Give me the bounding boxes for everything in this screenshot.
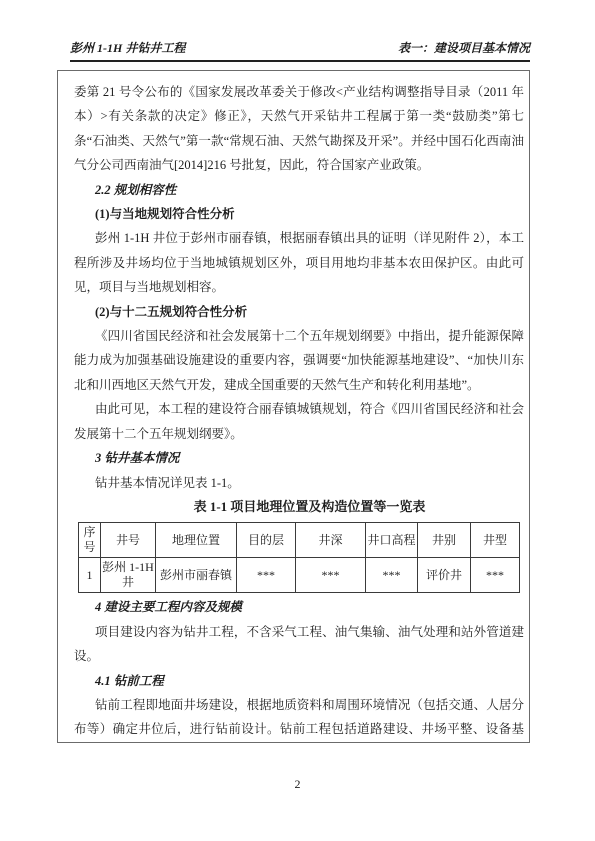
paragraph-plan-conclusion: 由此可见，本工程的建设符合丽春镇城镇规划，符合《四川省国民经济和社会发展第十二个… [74, 397, 524, 446]
table-header-row: 序号 井号 地理位置 目的层 井深 井口高程 井别 井型 [79, 523, 520, 558]
paragraph-predrill: 钻前工程即地面井场建设，根据地质资料和周围环境情况（包括交通、人居分布等）确定井… [74, 693, 524, 743]
header-cell-well-class: 井别 [418, 523, 471, 558]
heading-main-works: 4 建设主要工程内容及规模 [74, 595, 524, 619]
cell-well-type: *** [471, 558, 520, 593]
table-title: 表 1-1 项目地理位置及构造位置等一览表 [74, 495, 524, 519]
form-section-title: 表一：建设项目基本情况 [398, 39, 530, 56]
page-header: 彭州 1-1H 井钻井工程 表一：建设项目基本情况 [70, 39, 530, 62]
heading-five-year-plan-analysis: (2)与十二五规划符合性分析 [74, 300, 524, 324]
heading-predrill-works: 4.1 钻前工程 [74, 669, 524, 693]
cell-wellhead-elevation: *** [366, 558, 418, 593]
paragraph-drilling-ref: 钻井基本情况详见表 1-1。 [74, 471, 524, 495]
cell-location: 彭州市丽春镇 [156, 558, 237, 593]
header-cell-well-type: 井型 [471, 523, 520, 558]
paragraph-local-plan: 彭州 1-1H 井位于彭州市丽春镇，根据丽春镇出具的证明（详见附件 2），本工程… [74, 226, 524, 299]
cell-target-layer: *** [237, 558, 296, 593]
paragraph-policy-tail: 委第 21 号令公布的《国家发展改革委关于修改<产业结构调整指导目录（2011 … [74, 80, 524, 178]
cell-index: 1 [79, 558, 101, 593]
header-cell-location: 地理位置 [156, 523, 237, 558]
heading-local-plan-analysis: (1)与当地规划符合性分析 [74, 202, 524, 226]
heading-planning-compatibility: 2.2 规划相容性 [74, 178, 524, 202]
well-info-table: 序号 井号 地理位置 目的层 井深 井口高程 井别 井型 1 彭州 1-1H 井… [78, 522, 520, 593]
heading-drilling-basics: 3 钻井基本情况 [74, 446, 524, 470]
header-cell-wellhead-elevation: 井口高程 [366, 523, 418, 558]
page-number: 2 [0, 777, 595, 792]
header-cell-well-depth: 井深 [296, 523, 366, 558]
content-box: 委第 21 号令公布的《国家发展改革委关于修改<产业结构调整指导目录（2011 … [57, 70, 530, 743]
paragraph-five-year-plan: 《四川省国民经济和社会发展第十二个五年规划纲要》中指出，提升能源保障能力成为加强… [74, 324, 524, 397]
header-cell-index: 序号 [79, 523, 101, 558]
cell-well-class: 评价井 [418, 558, 471, 593]
table-row: 1 彭州 1-1H 井 彭州市丽春镇 *** *** *** 评价井 *** [79, 558, 520, 593]
document-page: 彭州 1-1H 井钻井工程 表一：建设项目基本情况 委第 21 号令公布的《国家… [0, 0, 595, 841]
cell-well-depth: *** [296, 558, 366, 593]
cell-well-number: 彭州 1-1H 井 [101, 558, 156, 593]
header-cell-target-layer: 目的层 [237, 523, 296, 558]
header-cell-well-number: 井号 [101, 523, 156, 558]
paragraph-scope: 项目建设内容为钻井工程，不含采气工程、油气集输、油气处理和站外管道建设。 [74, 620, 524, 669]
project-title: 彭州 1-1H 井钻井工程 [70, 39, 185, 56]
